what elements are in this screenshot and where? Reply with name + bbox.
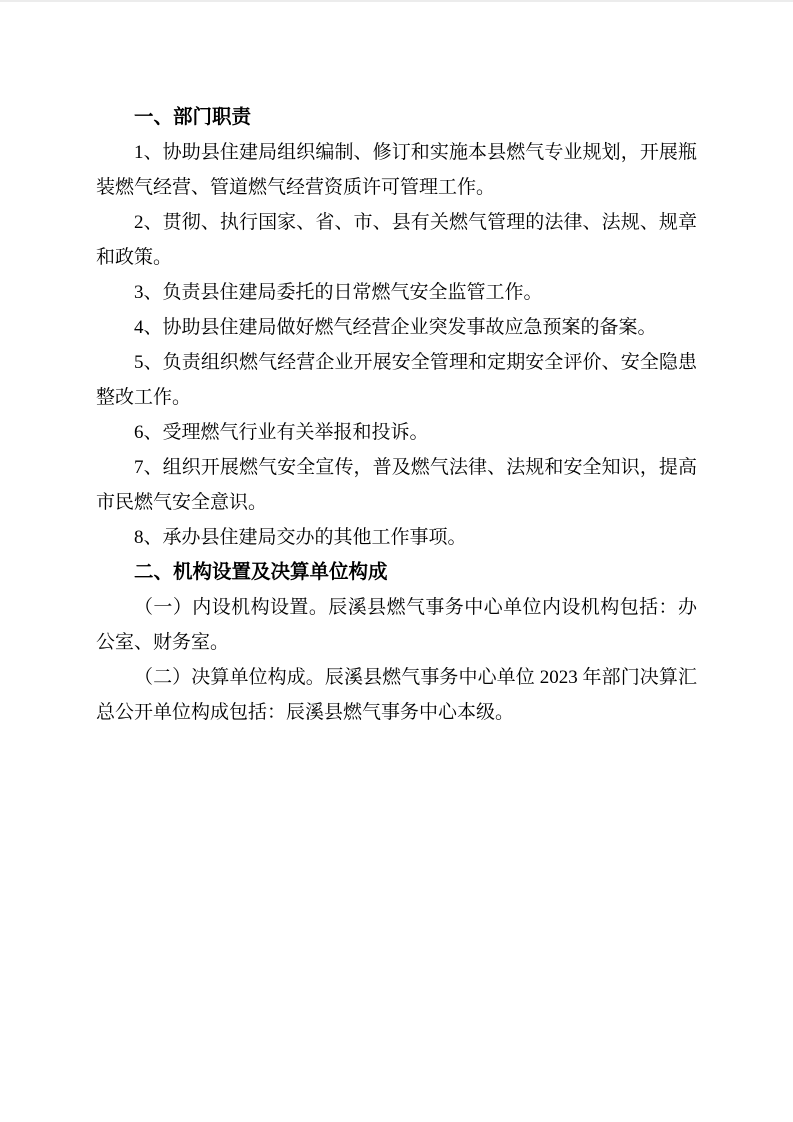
paragraph-duty-2: 2、贯彻、执行国家、省、市、县有关燃气管理的法律、法规、规章和政策。 bbox=[96, 205, 697, 275]
document-content: 一、部门职责 1、协助县住建局组织编制、修订和实施本县燃气专业规划，开展瓶装燃气… bbox=[96, 100, 697, 730]
section-heading-structure: 二、机构设置及决算单位构成 bbox=[96, 555, 697, 590]
paragraph-duty-7: 7、组织开展燃气安全宣传，普及燃气法律、法规和安全知识，提高市民燃气安全意识。 bbox=[96, 450, 697, 520]
paragraph-duty-6: 6、受理燃气行业有关举报和投诉。 bbox=[96, 415, 697, 450]
paragraph-internal-structure: （一）内设机构设置。辰溪县燃气事务中心单位内设机构包括：办公室、财务室。 bbox=[96, 590, 697, 660]
section-heading-duties: 一、部门职责 bbox=[96, 100, 697, 135]
paragraph-duty-4: 4、协助县住建局做好燃气经营企业突发事故应急预案的备案。 bbox=[96, 310, 697, 345]
paragraph-duty-8: 8、承办县住建局交办的其他工作事项。 bbox=[96, 520, 697, 555]
paragraph-duty-3: 3、负责县住建局委托的日常燃气安全监管工作。 bbox=[96, 275, 697, 310]
paragraph-duty-1: 1、协助县住建局组织编制、修订和实施本县燃气专业规划，开展瓶装燃气经营、管道燃气… bbox=[96, 135, 697, 205]
document-page: 一、部门职责 1、协助县住建局组织编制、修订和实施本县燃气专业规划，开展瓶装燃气… bbox=[0, 0, 793, 1122]
paragraph-duty-5: 5、负责组织燃气经营企业开展安全管理和定期安全评价、安全隐患整改工作。 bbox=[96, 345, 697, 415]
paragraph-final-accounts-units: （二）决算单位构成。辰溪县燃气事务中心单位 2023 年部门决算汇总公开单位构成… bbox=[96, 660, 697, 730]
page-top-edge bbox=[0, 0, 793, 2]
